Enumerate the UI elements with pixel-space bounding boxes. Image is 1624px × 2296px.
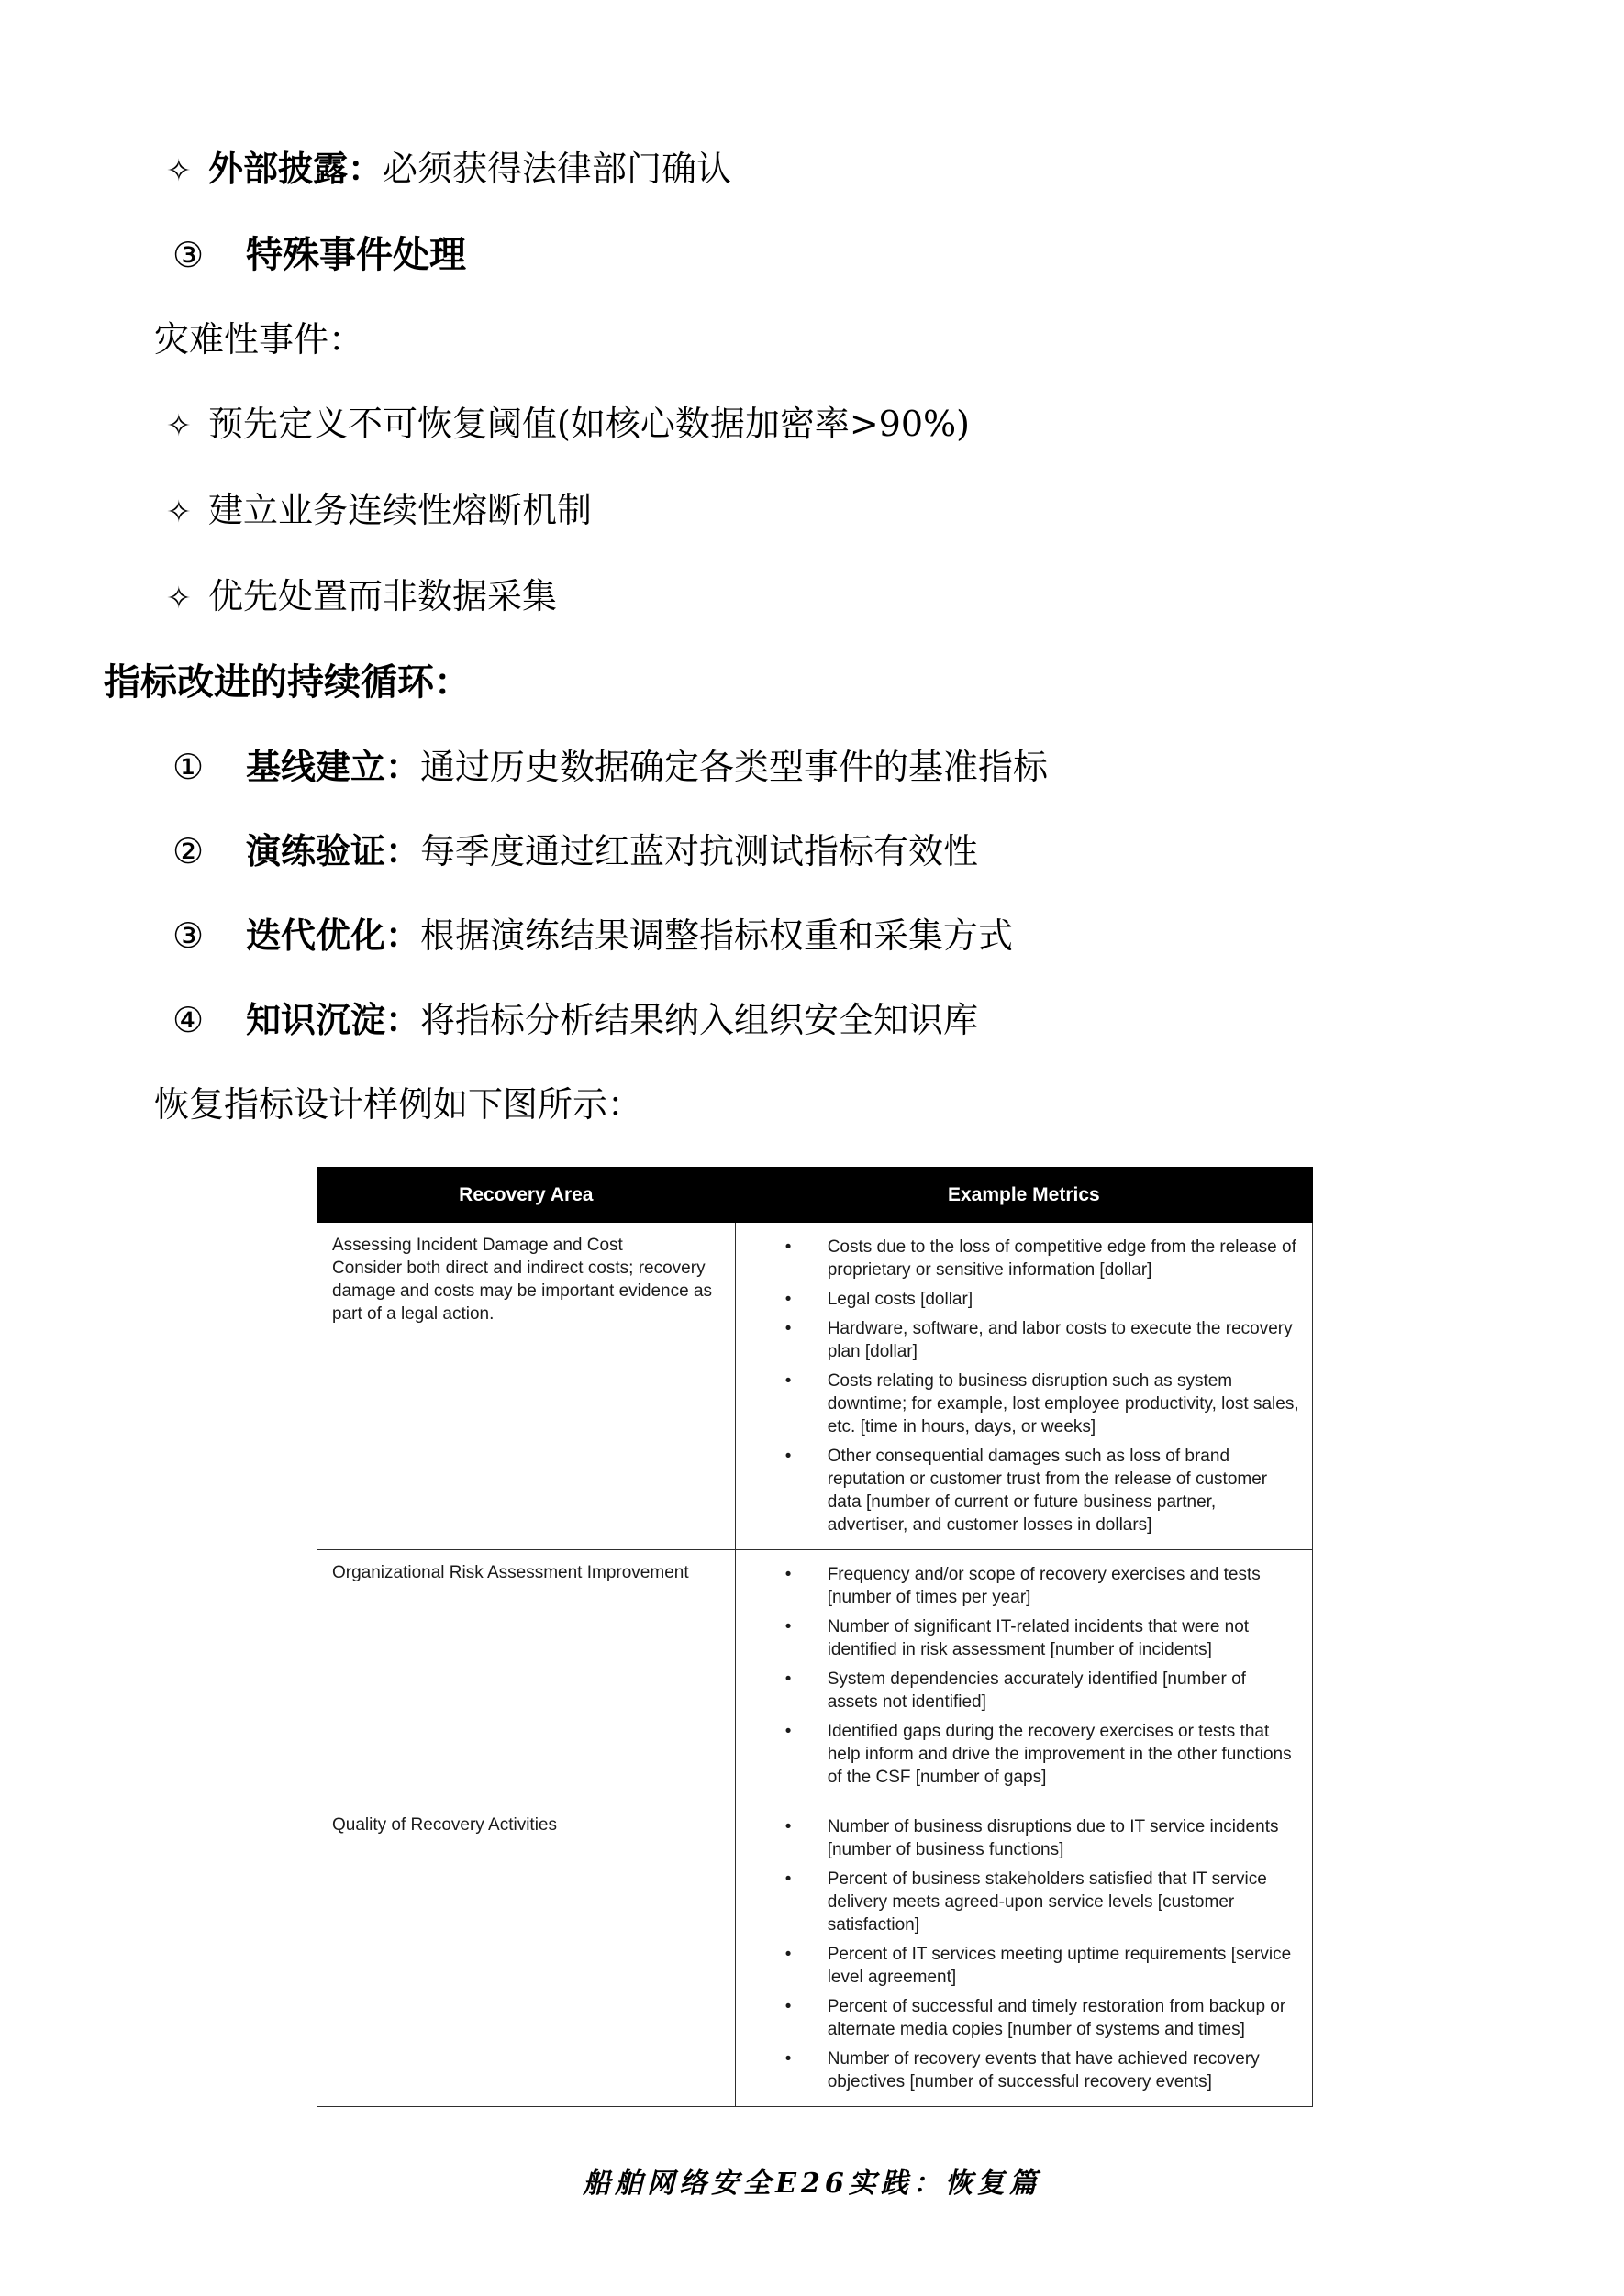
loop-item-iterate: ③迭代优化：根据演练结果调整指标权重和采集方式 [172, 914, 1624, 958]
table-row: Assessing Incident Damage and Cost Consi… [317, 1223, 1313, 1550]
page-footer: 船舶网络安全E26实践：恢复篇 [0, 2160, 1624, 2201]
loop-item-drill: ②演练验证：每季度通过红蓝对抗测试指标有效性 [172, 829, 1624, 873]
metric-item: Costs relating to business disruption su… [785, 1370, 1299, 1438]
list-item-text: 外部披露：必须获得法律部门确认 [208, 149, 731, 189]
diamond-bullet-icon: ✧ [166, 404, 208, 448]
circled-number-icon: ④ [172, 998, 246, 1042]
list-item-circuit-breaker: ✧建立业务连续性熔断机制 [166, 488, 1624, 534]
term-label: 外部披露： [208, 148, 383, 189]
column-header-example-metrics: Example Metrics [735, 1168, 1312, 1223]
loop-item-text: 演练验证：每季度通过红蓝对抗测试指标有效性 [246, 831, 978, 871]
term-label: 迭代优化： [246, 915, 420, 956]
metric-item: Costs due to the loss of competitive edg… [785, 1236, 1299, 1281]
circled-number-icon: ③ [172, 233, 246, 277]
example-metrics-cell: Frequency and/or scope of recovery exerc… [735, 1550, 1312, 1802]
recovery-area-cell: Assessing Incident Damage and Cost Consi… [317, 1223, 736, 1550]
metric-item: Number of recovery events that have achi… [785, 2047, 1299, 2093]
list-item-external-disclosure: ✧外部披露：必须获得法律部门确认 [166, 147, 1624, 193]
table-row: Quality of Recovery Activities Number of… [317, 1802, 1313, 2107]
term-desc: 根据演练结果调整指标权重和采集方式 [420, 915, 1013, 956]
table-body: Assessing Incident Damage and Cost Consi… [317, 1223, 1313, 2107]
metric-item: System dependencies accurately identifie… [785, 1668, 1299, 1714]
loop-item-baseline: ①基线建立：通过历史数据确定各类型事件的基准指标 [172, 745, 1624, 789]
list-item-text: 优先处置而非数据采集 [208, 576, 557, 616]
area-description: Consider both direct and indirect costs;… [332, 1257, 722, 1325]
loop-item-text: 迭代优化：根据演练结果调整指标权重和采集方式 [246, 915, 1013, 956]
metric-item: Percent of IT services meeting uptime re… [785, 1943, 1299, 1989]
list-item-text: 预先定义不可恢复阈值(如核心数据加密率>90%) [208, 404, 970, 444]
table-header: Recovery Area Example Metrics [317, 1168, 1313, 1223]
diamond-bullet-icon: ✧ [166, 149, 208, 193]
document-page: ✧外部披露：必须获得法律部门确认 ③特殊事件处理 灾难性事件： ✧预先定义不可恢… [0, 0, 1624, 2201]
table-row: Organizational Risk Assessment Improveme… [317, 1550, 1313, 1802]
list-item-priority-disposal: ✧优先处置而非数据采集 [166, 574, 1624, 620]
circled-number-icon: ① [172, 745, 246, 789]
metric-item: Other consequential damages such as loss… [785, 1445, 1299, 1536]
term-label: 知识沉淀： [246, 999, 420, 1040]
column-header-recovery-area: Recovery Area [317, 1168, 736, 1223]
diamond-bullet-icon: ✧ [166, 576, 208, 620]
area-title: Organizational Risk Assessment Improveme… [332, 1561, 722, 1584]
recovery-metrics-table: Recovery Area Example Metrics Assessing … [317, 1167, 1313, 2107]
metrics-list: Costs due to the loss of competitive edg… [751, 1236, 1299, 1536]
loop-item-text: 知识沉淀：将指标分析结果纳入组织安全知识库 [246, 1000, 978, 1040]
loop-item-text: 基线建立：通过历史数据确定各类型事件的基准指标 [246, 747, 1048, 787]
metric-item: Frequency and/or scope of recovery exerc… [785, 1563, 1299, 1609]
metric-item: Identified gaps during the recovery exer… [785, 1720, 1299, 1789]
term-label: 基线建立： [246, 746, 420, 787]
list-item-threshold: ✧预先定义不可恢复阈值(如核心数据加密率>90%) [166, 402, 1624, 448]
recovery-area-cell: Quality of Recovery Activities [317, 1802, 736, 2107]
list-item-text: 建立业务连续性熔断机制 [208, 490, 592, 530]
term-desc: 通过历史数据确定各类型事件的基准指标 [420, 747, 1048, 787]
metric-item: Number of business disruptions due to IT… [785, 1815, 1299, 1861]
metrics-list: Frequency and/or scope of recovery exerc… [751, 1563, 1299, 1789]
table-header-row: Recovery Area Example Metrics [317, 1168, 1313, 1223]
metric-item: Legal costs [dollar] [785, 1288, 1299, 1311]
disaster-events-label: 灾难性事件： [154, 317, 1624, 361]
loop-heading: 指标改进的持续循环： [104, 660, 1624, 704]
heading-text: 特殊事件处理 [246, 233, 466, 276]
term-desc: 必须获得法律部门确认 [383, 149, 731, 189]
metric-item: Hardware, software, and labor costs to e… [785, 1317, 1299, 1363]
recovery-area-cell: Organizational Risk Assessment Improveme… [317, 1550, 736, 1802]
metric-item: Percent of business stakeholders satisfi… [785, 1868, 1299, 1936]
area-title: Assessing Incident Damage and Cost [332, 1234, 722, 1257]
circled-number-icon: ③ [172, 914, 246, 958]
term-label: 演练验证： [246, 830, 420, 871]
term-desc: 将指标分析结果纳入组织安全知识库 [420, 1000, 978, 1040]
example-metrics-cell: Costs due to the loss of competitive edg… [735, 1223, 1312, 1550]
metric-item: Number of significant IT-related inciden… [785, 1615, 1299, 1661]
diamond-bullet-icon: ✧ [166, 490, 208, 534]
area-title: Quality of Recovery Activities [332, 1814, 722, 1836]
metric-item: Percent of successful and timely restora… [785, 1995, 1299, 2041]
term-desc: 每季度通过红蓝对抗测试指标有效性 [420, 831, 978, 871]
example-metrics-cell: Number of business disruptions due to IT… [735, 1802, 1312, 2107]
table-intro: 恢复指标设计样例如下图所示： [154, 1082, 1624, 1126]
circled-number-icon: ② [172, 829, 246, 873]
metrics-list: Number of business disruptions due to IT… [751, 1815, 1299, 2093]
loop-item-knowledge: ④知识沉淀：将指标分析结果纳入组织安全知识库 [172, 998, 1624, 1042]
heading-special-events: ③特殊事件处理 [172, 233, 1624, 277]
